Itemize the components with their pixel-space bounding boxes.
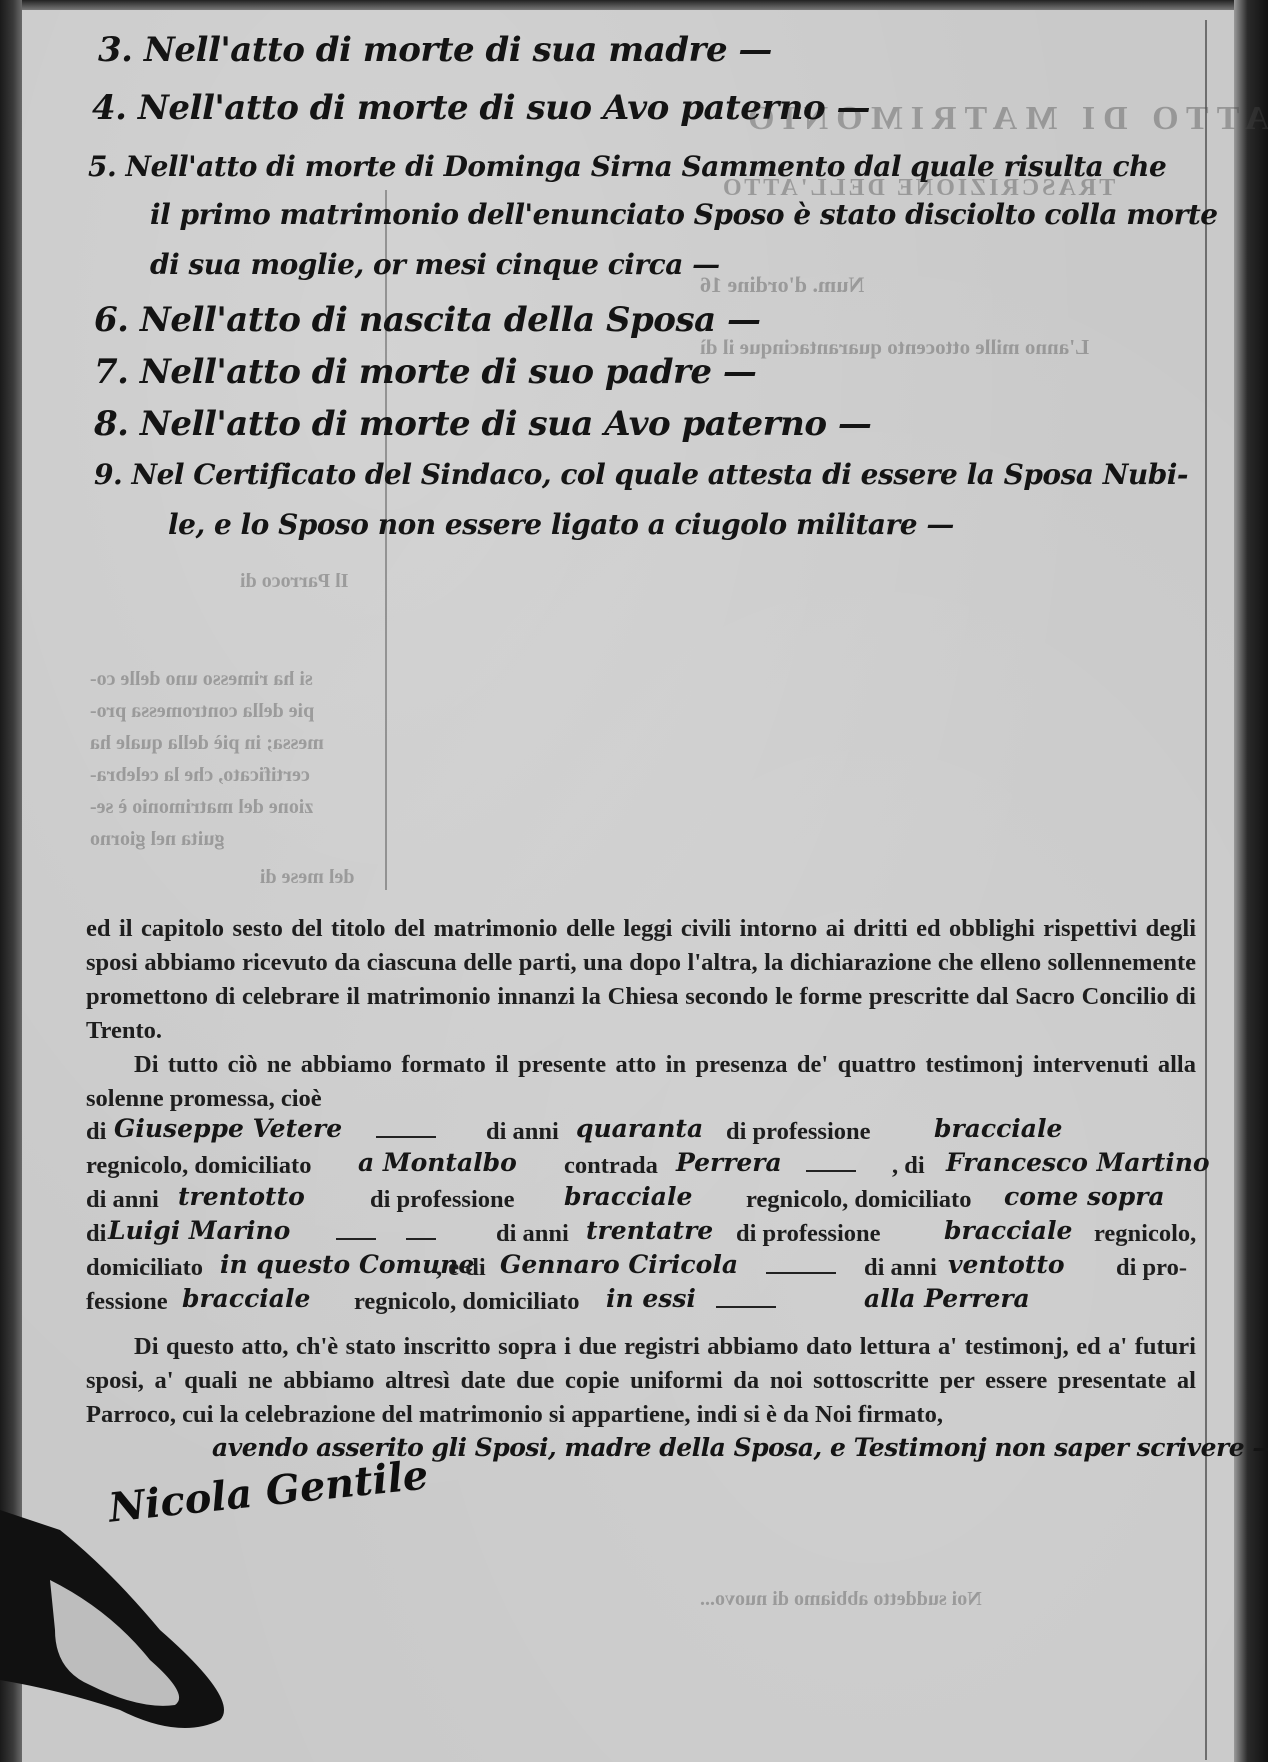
witness-4-name: Gennaro Ciricola (500, 1250, 738, 1279)
hw-item-9: 9. Nel Certificato del Sindaco, col qual… (94, 458, 1188, 491)
bleed-form-number: Num. d'ordine 16 (700, 272, 864, 298)
printed-body-2: Di questo atto, ch'è stato inscritto sop… (86, 1330, 1196, 1432)
witness-1-name: Giuseppe Vetere (114, 1114, 342, 1143)
paragraph-testimoni: Di tutto ciò ne abbiamo formato il prese… (86, 1048, 1196, 1116)
hw-item-7: 7. Nell'atto di morte di suo padre — (94, 352, 756, 392)
witness-line-2: regnicolo, domiciliato a Montalbo contra… (86, 1152, 1196, 1186)
witness-line-3: di anni trentotto di professione braccia… (86, 1186, 1196, 1220)
bleed-left-col-1: si ha rimesso uno delle co- (90, 668, 313, 691)
witness-3-profession: bracciale (944, 1216, 1072, 1245)
hw-item-5: 5. Nell'atto di morte di Dominga Sirna S… (88, 150, 1166, 183)
right-margin-rule (1205, 20, 1207, 1760)
witness-line-1: di Giuseppe Vetere di anni quaranta di p… (86, 1118, 1196, 1152)
witness-4-domicile: in essi (606, 1284, 696, 1313)
witness-line-6: fessione bracciale regnicolo, domiciliat… (86, 1288, 1196, 1322)
bleed-left-col-3: messa; in piè della quale ha (90, 732, 324, 755)
hw-item-5-cont-2: di sua moglie, or mesi cinque circa — (150, 248, 720, 281)
hw-item-6: 6. Nell'atto di nascita della Sposa — (94, 300, 760, 340)
hw-item-9-cont: le, e lo Sposo non essere ligato a ciugo… (168, 508, 954, 541)
witness-1-profession: bracciale (934, 1114, 1062, 1143)
bleed-left-col-5: zione del matrimonio è se- (90, 796, 313, 819)
witness-1-age: quaranta (576, 1114, 703, 1143)
bleed-left-col-7: del mese di (260, 866, 354, 889)
witness-4-profession: bracciale (182, 1284, 310, 1313)
paragraph-lettura: Di questo atto, ch'è stato inscritto sop… (86, 1330, 1196, 1432)
paragraph-capitolo: ed il capitolo sesto del titolo del matr… (86, 912, 1196, 1048)
hw-item-4: 4. Nell'atto di morte di suo Avo paterno… (92, 88, 870, 128)
witness-1-domicile: a Montalbo (358, 1148, 517, 1177)
witness-2-name: Francesco Martino (946, 1148, 1210, 1177)
bleed-left-col-2: pie della contromessa pro- (90, 700, 314, 723)
witness-3-name: Luigi Marino (108, 1216, 290, 1245)
scan-top-edge (0, 0, 1268, 10)
bleed-left-col-6: guita nel giorno (90, 828, 224, 851)
bleed-left-col-0: Il Parroco di (240, 570, 349, 593)
witness-line-5: domiciliato in questo Comune , e di Genn… (86, 1254, 1196, 1288)
scan-left-edge (0, 0, 22, 1762)
witness-4-age: ventotto (948, 1250, 1065, 1279)
hw-item-5-cont-1: il primo matrimonio dell'enunciato Sposo… (150, 198, 1218, 231)
witness-2-age: trentotto (178, 1182, 305, 1211)
witness-1-contrada: Perrera (676, 1148, 782, 1177)
hw-item-3: 3. Nell'atto di morte di sua madre — (98, 30, 772, 70)
printed-body-1: ed il capitolo sesto del titolo del matr… (86, 912, 1196, 1116)
bleed-bottom-note: Noi suddetto abbiamo di nuovo... (700, 1588, 982, 1611)
scan-right-edge (1234, 0, 1268, 1762)
witness-2-profession: bracciale (564, 1182, 692, 1211)
witness-2-domicile: come sopra (1004, 1182, 1165, 1211)
ink-blot-damage (0, 1510, 240, 1740)
witness-3-age: trentatre (586, 1216, 713, 1245)
hw-item-8: 8. Nell'atto di morte di sua Avo paterno… (94, 404, 871, 444)
witness-line-4: di Luigi Marino di anni trentatre di pro… (86, 1220, 1196, 1254)
bleed-left-col-4: certificato, che la celebra- (90, 764, 310, 787)
witness-4-domicile-2: alla Perrera (864, 1284, 1030, 1313)
